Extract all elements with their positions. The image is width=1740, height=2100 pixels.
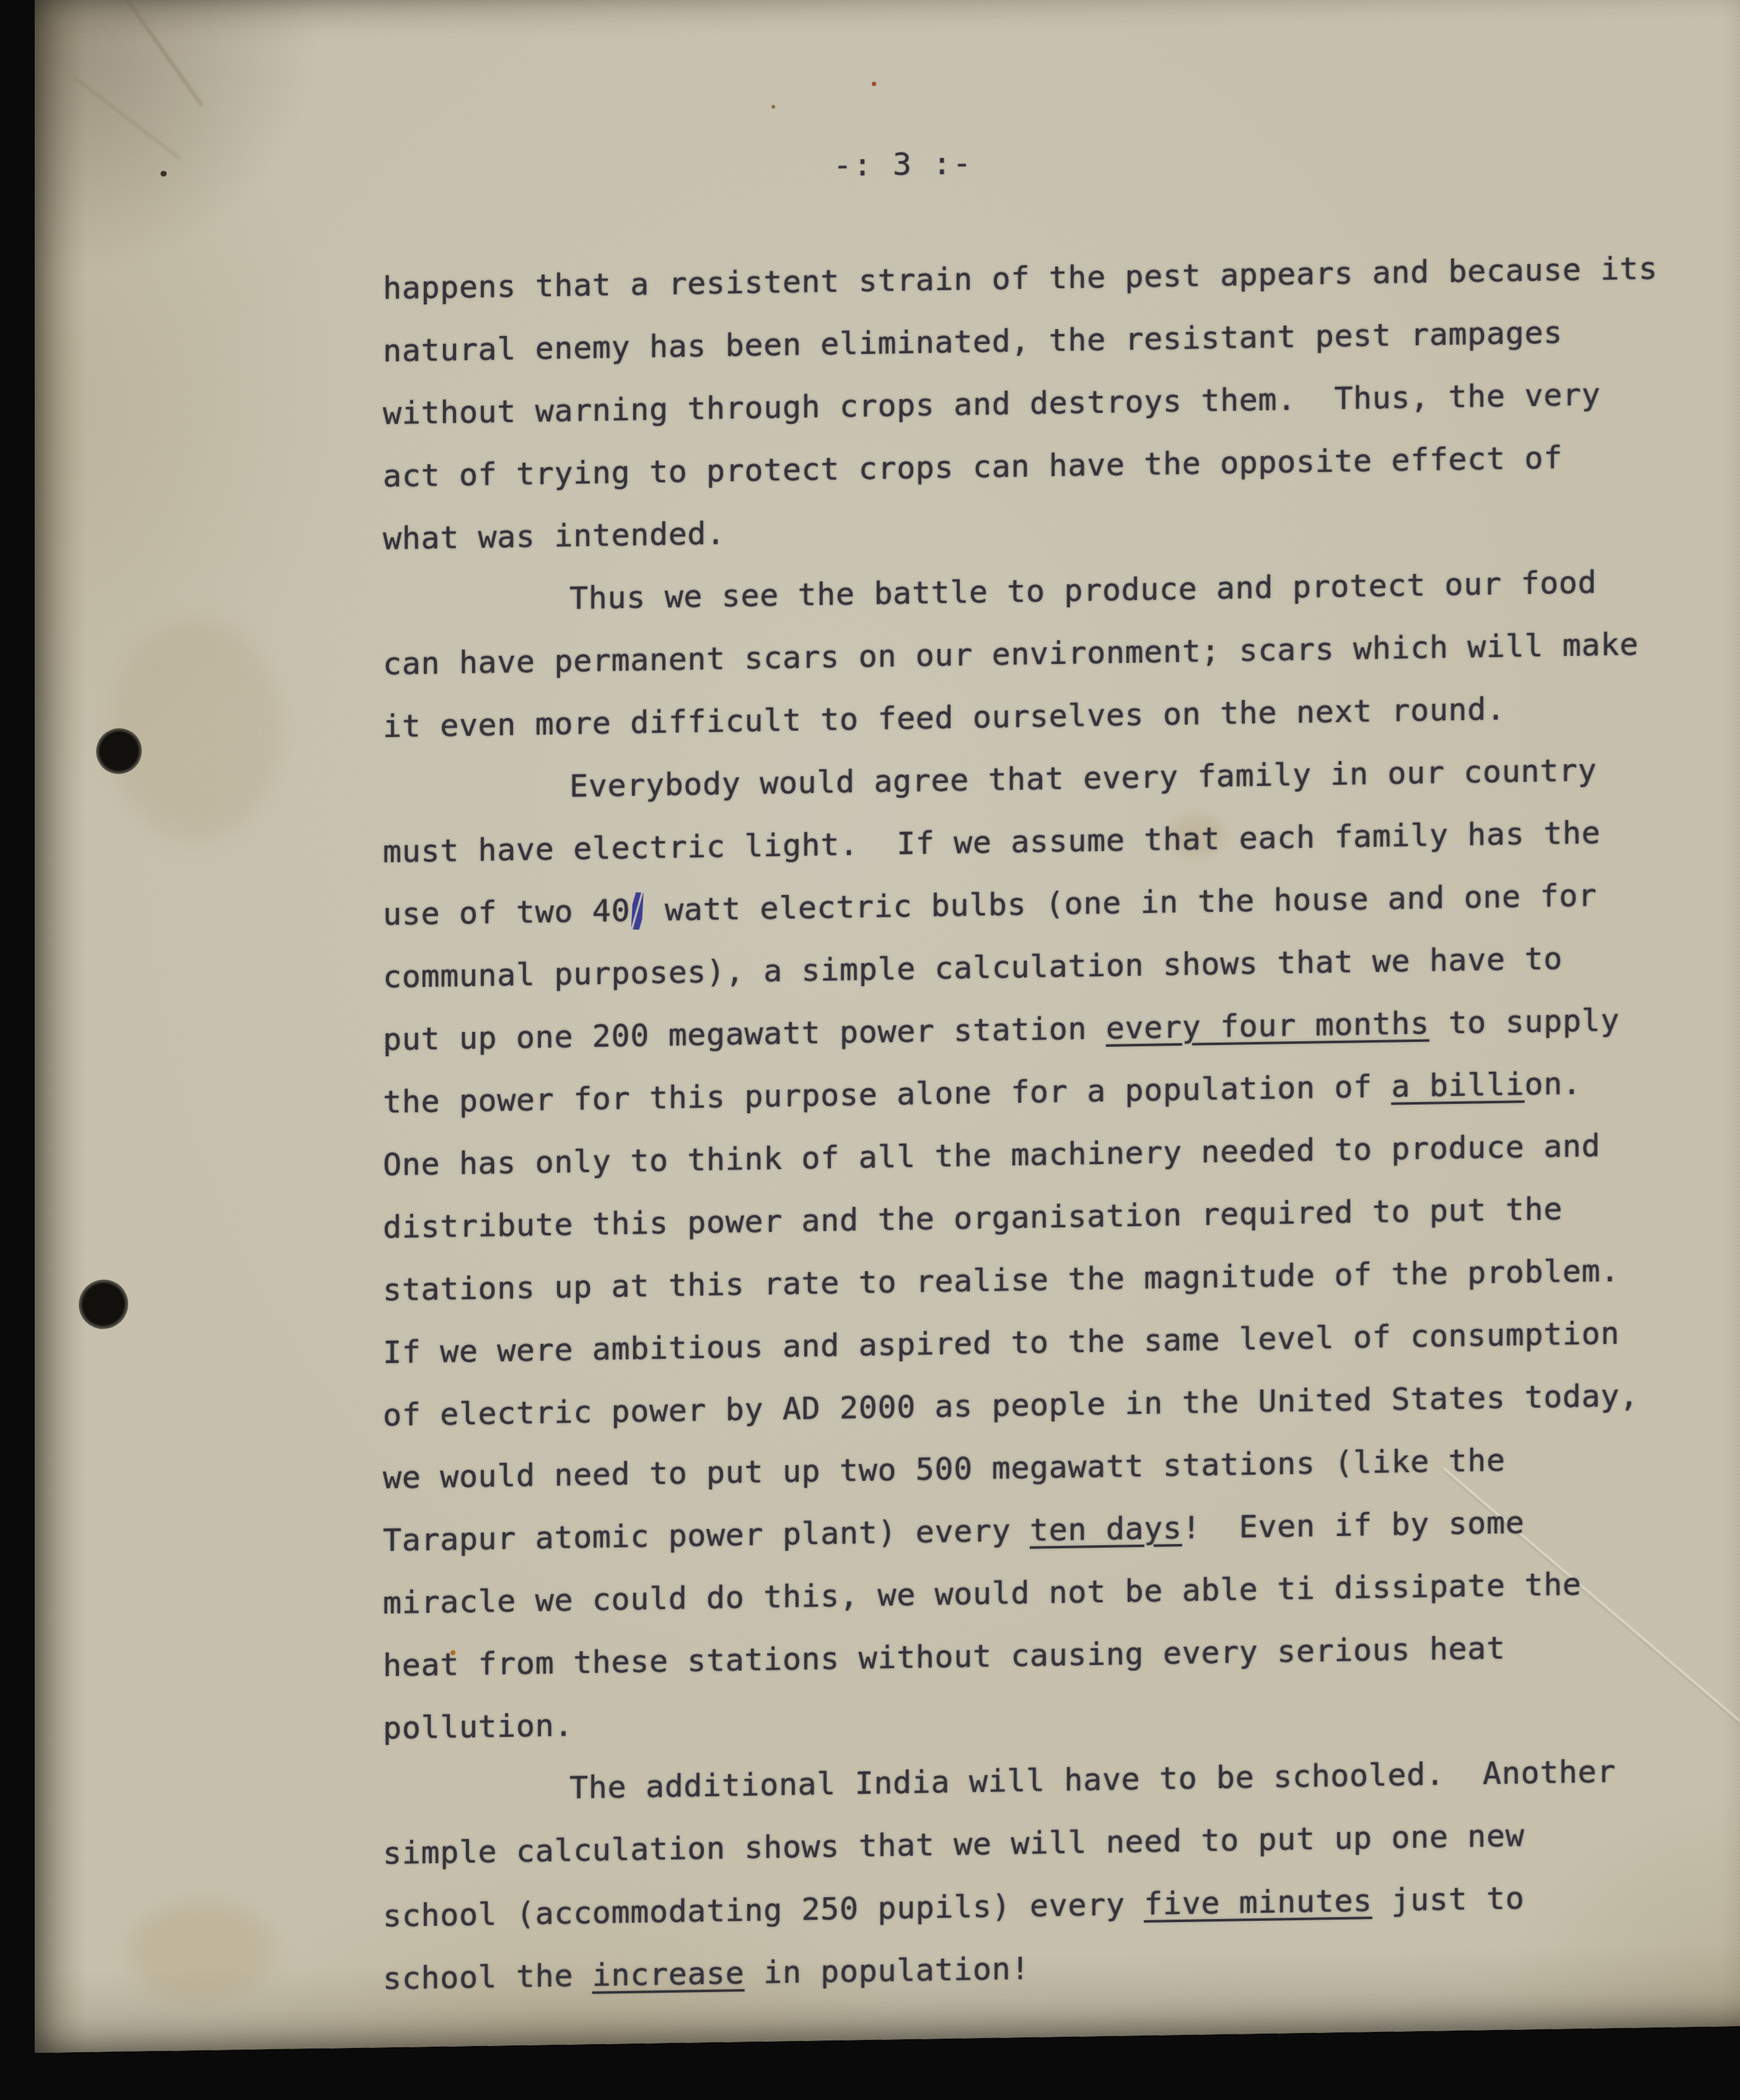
underlined-text: five minutes — [1144, 1882, 1372, 1922]
text-segment: If we were ambitious and aspired to the … — [383, 1315, 1620, 1370]
text-segment: The additional India will have to be sch… — [569, 1754, 1616, 1806]
text-segment: communal purposes), a simple calculation… — [383, 940, 1563, 995]
punch-hole — [79, 1279, 128, 1330]
text-segment: must have electric light. If we assume t… — [383, 814, 1601, 870]
text-segment: of electric power by AD 2000 as people i… — [383, 1377, 1638, 1433]
paragraph: happens that a resistent strain of the p… — [383, 237, 1690, 570]
text-segment: Tarapur atomic power plant) every — [383, 1512, 1030, 1558]
text-segment: Everybody would agree that every family … — [569, 752, 1597, 804]
text-segment: school the — [383, 1957, 592, 1996]
text-segment: the power for this purpose alone for a p… — [383, 1069, 1391, 1121]
paper-sheet: -: 3 :- happens that a resistent strain … — [35, 0, 1740, 2053]
paper-stain — [109, 617, 283, 843]
dust-speck — [771, 105, 775, 108]
text-segment: put up one 200 megawatt power station — [383, 1010, 1106, 1057]
text-segment: can have permanent scars on our environm… — [383, 626, 1638, 682]
text-segment: distribute this power and the organisati… — [383, 1191, 1563, 1245]
text-segment: to supply — [1430, 1002, 1620, 1041]
text-segment: heat from these stations without causing… — [383, 1630, 1505, 1683]
paper-stain — [128, 1900, 276, 2002]
text-segment: watt electric bulbs (one in the house an… — [646, 877, 1597, 928]
text-segment: school (accommodating 250 pupils) every — [383, 1886, 1144, 1934]
text-segment: ! Even if by some — [1182, 1504, 1525, 1546]
scan-background: -: 3 :- happens that a resistent strain … — [0, 0, 1740, 2100]
text-segment: One has only to think of all the machine… — [383, 1127, 1601, 1183]
text-segment: happens that a resistent strain of the p… — [383, 250, 1658, 306]
text-segment: natural enemy has been eliminated, the r… — [383, 314, 1563, 369]
text-segment: we would need to put up two 500 megawatt… — [383, 1442, 1505, 1496]
paragraph: Everybody would agree that every family … — [383, 738, 1690, 1760]
underlined-text: every four months — [1106, 1005, 1430, 1046]
fold-crease — [73, 77, 182, 161]
page-number: -: 3 :- — [35, 133, 1740, 196]
text-segment: act of trying to protect crops can have … — [383, 439, 1563, 494]
text-segment: in population! — [744, 1951, 1030, 1991]
underlined-text: a billi — [1391, 1066, 1524, 1104]
paragraph: Thus we see the battle to produce and pr… — [383, 550, 1690, 758]
text-segment: pollution. — [383, 1707, 573, 1746]
text-segment: stations up at this rate to realise the … — [383, 1253, 1620, 1308]
text-segment: it even more difficult to feed ourselves… — [383, 691, 1505, 744]
paragraph: The additional India will have to be sch… — [383, 1739, 1690, 2010]
underlined-text: ten days — [1030, 1510, 1182, 1548]
dust-speck — [872, 82, 876, 86]
underlined-text: increase — [592, 1955, 745, 1993]
text-segment: use of two 40 — [383, 893, 630, 932]
blue-ink-overstrike — [631, 892, 644, 930]
fold-crease — [94, 0, 203, 107]
text-segment: miracle we could do this, we would not b… — [383, 1566, 1581, 1621]
text-segment: simple calculation shows that we will ne… — [383, 1817, 1524, 1871]
text-segment: without warning through crops and destro… — [383, 376, 1601, 431]
document-body: happens that a resistent strain of the p… — [383, 237, 1690, 2010]
text-segment: on. — [1524, 1065, 1581, 1102]
text-segment: what was intended. — [383, 515, 726, 557]
text-segment: Thus we see the battle to produce and pr… — [569, 564, 1597, 616]
text-segment: just to — [1373, 1880, 1525, 1918]
